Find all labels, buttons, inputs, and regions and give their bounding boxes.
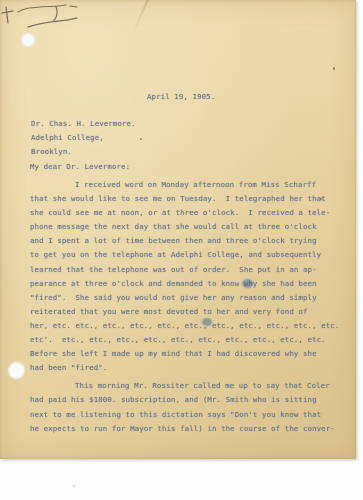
- scan-background: { "scan": { "paper_color": "#e9d6a6", "i…: [0, 0, 363, 500]
- letter-line: This morning Mr. Rossiter called me up t…: [30, 379, 339, 393]
- paper-speck: [320, 198, 322, 200]
- letter-line: that she would like to see me on Tuesday…: [30, 192, 339, 206]
- letter-line: her, etc. etc., etc., etc., etc., etc., …: [30, 319, 339, 333]
- paper-speck: [140, 138, 142, 140]
- ink-smudge: [202, 318, 212, 326]
- paper-speck: [333, 67, 335, 70]
- letter-line: pearance at three o'clock and demanded t…: [30, 277, 339, 291]
- punch-hole: [8, 362, 25, 379]
- salutation: My dear Dr. Levermore:: [30, 160, 130, 174]
- punch-hole: [21, 33, 35, 47]
- ink-smudge: [242, 279, 253, 288]
- background-speck: [73, 485, 75, 487]
- letter-line: phone message the next day that she woul…: [30, 220, 339, 234]
- letter-line: reiterated that you were most devoted to…: [30, 305, 339, 319]
- letter-line: had paid his $1000. subscription, and (M…: [30, 393, 339, 407]
- letter-line: "fired". She said you would not give her…: [30, 291, 339, 305]
- letter-line: he expects to run for Mayor this fall) i…: [30, 422, 339, 436]
- recipient-address: Dr. Chas. H. Levermore. Adelphi College,…: [31, 117, 136, 159]
- letter-line: she could see me at noon, or at three o'…: [30, 206, 339, 220]
- pencil-scribble: [0, 1, 100, 37]
- letter-body: I received word on Monday afternoon from…: [30, 178, 339, 436]
- letter-line: and I spent a lot of time between then a…: [30, 234, 339, 248]
- letter-line: etc'. etc., etc., etc., etc., etc., etc.…: [30, 333, 339, 347]
- recipient-city: Brooklyn.: [31, 145, 136, 159]
- letter-line: to get you on the telephone at Adelphi C…: [30, 248, 339, 262]
- letter-line: learned that the telephone was out of or…: [30, 263, 339, 277]
- letter-line: Before she left I made up my mind that I…: [30, 347, 339, 361]
- letter-line: had been "fired".: [30, 361, 339, 375]
- letter-line: next to me listening to this dictation s…: [30, 408, 339, 422]
- recipient-name: Dr. Chas. H. Levermore.: [31, 117, 136, 131]
- letter-line: I received word on Monday afternoon from…: [30, 178, 339, 192]
- letter-date: April 19, 1905.: [147, 90, 215, 104]
- letter-page: April 19, 1905. Dr. Chas. H. Levermore. …: [0, 0, 356, 459]
- recipient-college: Adelphi College,: [31, 131, 136, 145]
- paper-crease: [133, 0, 149, 32]
